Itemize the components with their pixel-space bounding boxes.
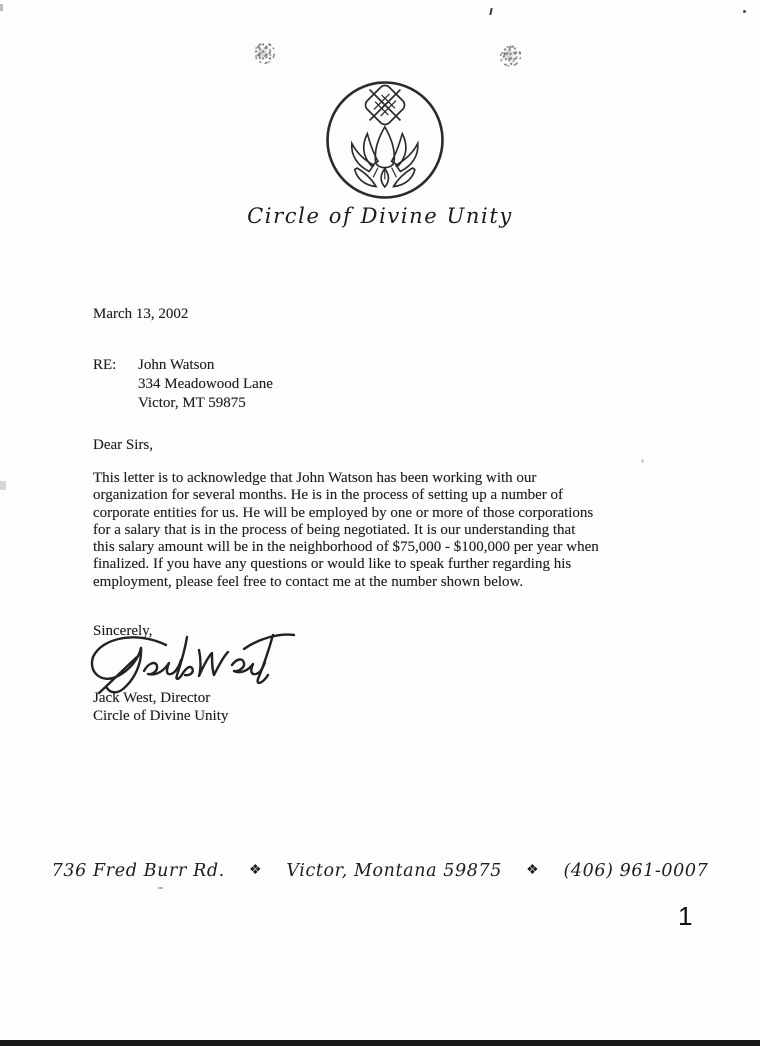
scan-speck bbox=[743, 10, 746, 13]
signer-name-title: Jack West, Director bbox=[93, 690, 228, 708]
body-line: This letter is to acknowledge that John … bbox=[93, 470, 678, 487]
organization-logo-icon bbox=[323, 78, 447, 202]
signer-organization: Circle of Divine Unity bbox=[93, 708, 228, 726]
re-street-address: 334 Meadowood Lane bbox=[138, 375, 273, 394]
diamond-separator-icon: ❖ bbox=[526, 862, 539, 878]
signer-block: Jack West, Director Circle of Divine Uni… bbox=[93, 690, 228, 725]
footer-phone: (406) 961-0007 bbox=[563, 861, 708, 881]
re-city-state-zip: Victor, MT 59875 bbox=[138, 394, 246, 413]
body-line: corporate entities for us. He will be em… bbox=[93, 505, 678, 522]
logo-circle bbox=[328, 83, 443, 198]
re-label: RE: bbox=[93, 356, 138, 375]
scan-speck bbox=[641, 459, 644, 463]
salutation: Dear Sirs, bbox=[93, 437, 153, 455]
scan-speck bbox=[158, 887, 163, 889]
footer-city-state-zip: Victor, Montana 59875 bbox=[286, 861, 502, 881]
letter-date: March 13, 2002 bbox=[93, 306, 188, 324]
scanned-letter-page: Circle of Divine Unity March 13, 2002 RE… bbox=[0, 0, 760, 1046]
page-number: 1 bbox=[678, 901, 692, 932]
footer-address: 736 Fred Burr Rd. bbox=[52, 861, 225, 881]
body-line: for a salary that is in the process of b… bbox=[93, 522, 678, 539]
scan-speck bbox=[489, 8, 492, 15]
scan-speck bbox=[0, 4, 3, 11]
diamond-separator-icon: ❖ bbox=[249, 862, 262, 878]
footer-contact-line: 736 Fred Burr Rd. ❖ Victor, Montana 5987… bbox=[0, 861, 760, 881]
re-block: RE: John Watson 334 Meadowood Lane Victo… bbox=[93, 356, 273, 413]
letter-body: This letter is to acknowledge that John … bbox=[93, 470, 678, 591]
body-line: finalized. If you have any questions or … bbox=[93, 556, 678, 573]
scan-edge bbox=[0, 1040, 760, 1046]
scan-smudge bbox=[495, 41, 525, 71]
lotus-icon bbox=[352, 127, 418, 187]
organization-name: Circle of Divine Unity bbox=[0, 204, 760, 228]
scan-smudge bbox=[254, 42, 275, 64]
re-recipient-name: John Watson bbox=[138, 356, 214, 375]
scan-speck bbox=[0, 481, 6, 490]
body-line: employment, please feel free to contact … bbox=[93, 574, 678, 591]
body-line: this salary amount will be in the neighb… bbox=[93, 539, 678, 556]
body-line: organization for several months. He is i… bbox=[93, 487, 678, 504]
